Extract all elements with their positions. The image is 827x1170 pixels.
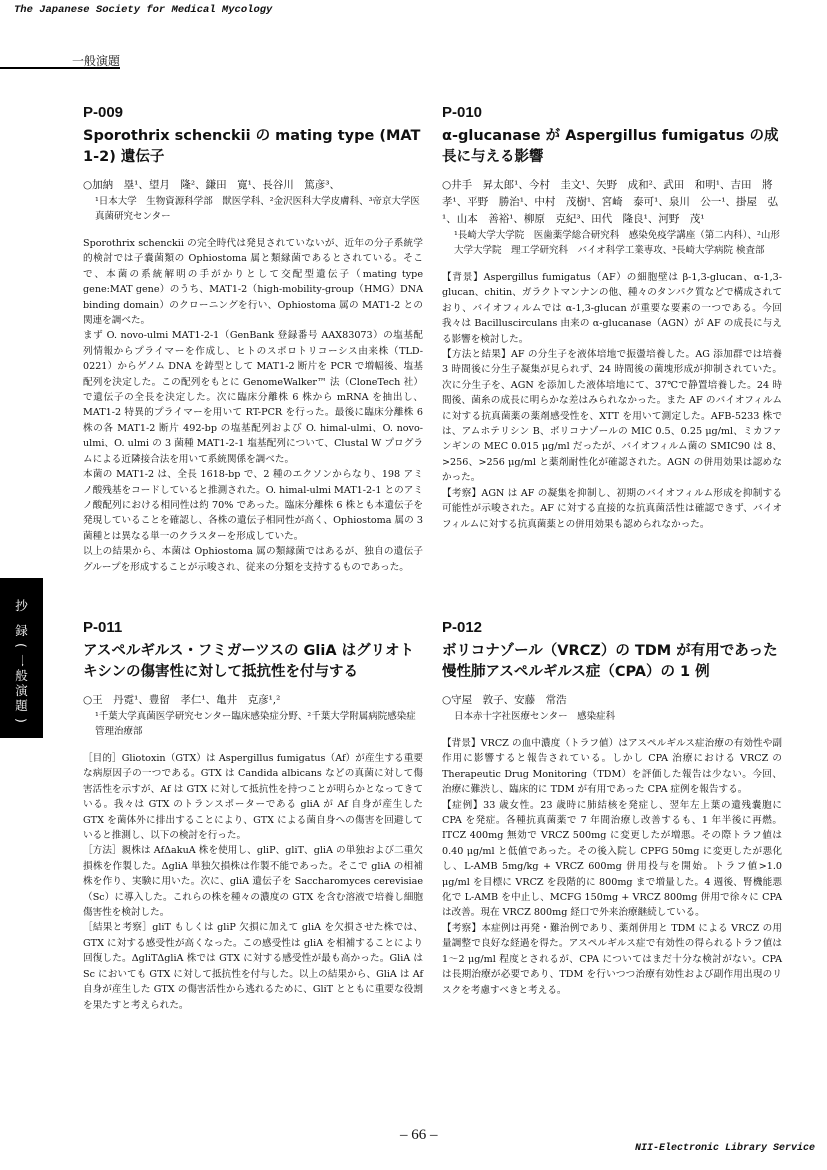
abstract-title: アスペルギルス・フミガーツスの GliA はグリオトキシンの傷害性に対して抵抗性…: [83, 641, 423, 683]
abstract-p012: P-012 ボリコナゾール（VRCZ）の TDM が有用であった慢性肺アスペルギ…: [442, 619, 782, 998]
paragraph: 【考察】本症例は再発・難治例であり、薬剤併用と TDM による VRCZ の用量…: [442, 921, 782, 998]
side-tab-char: 演: [15, 683, 28, 698]
abstract-body: 【背景】VRCZ の血中濃度（トラフ値）はアスペルギルス症治療の有効性や副作用に…: [442, 736, 782, 998]
paragraph: ［方法］親株は AfΔakuA 株を使用し、gliP、gliT、gliA の単独…: [83, 843, 423, 920]
abstract-p009: P-009 Sporothrix schenckii の mating type…: [83, 104, 423, 575]
paragraph: ［目的］Gliotoxin（GTX）は Aspergillus fumigatu…: [83, 751, 423, 843]
abstract-p011: P-011 アスペルギルス・フミガーツスの GliA はグリオトキシンの傷害性に…: [83, 619, 423, 1013]
abstract-title: Sporothrix schenckii の mating type (MAT …: [83, 126, 423, 168]
paragraph: 【背景】Aspergillus fumigatus（AF）の細胞壁は β-1,3…: [442, 270, 782, 347]
abstract-authors: ○加納 塁¹、望月 隆²、鎌田 寛¹、長谷川 篤彦³、: [83, 177, 423, 194]
abstract-authors: ○守屋 敦子、安藤 常浩: [442, 692, 782, 709]
abstract-id: P-011: [83, 619, 423, 636]
paragraph: 【背景】VRCZ の血中濃度（トラフ値）はアスペルギルス症治療の有効性や副作用に…: [442, 736, 782, 798]
side-tab-char: 般: [15, 668, 28, 683]
abstract-p010: P-010 α-glucanase が Aspergillus fumigatu…: [442, 104, 782, 532]
abstract-title: α-glucanase が Aspergillus fumigatus の成長に…: [442, 126, 782, 168]
paragraph: 【考察】AGN は AF の凝集を抑制し、初期のバイオフィルム形成を抑制する可能…: [442, 486, 782, 532]
journal-header: The Japanese Society for Medical Mycolog…: [14, 4, 272, 16]
side-tab-char: 題: [15, 698, 28, 713]
abstract-affiliations: ¹長崎大学大学院 医歯薬学総合研究科 感染免疫学講座（第二内科）、²山形大学大学…: [442, 228, 782, 258]
abstract-affiliations: 日本赤十字社医療センター 感染症科: [442, 709, 782, 724]
footer-service: NII-Electronic Library Service: [635, 1143, 815, 1154]
side-tab-char: 一: [14, 654, 29, 667]
paragraph: 【症例】33 歳女性。23 歳時に肺結核を発症し、翌年左上葉の遺残嚢胞に CPA…: [442, 798, 782, 921]
side-tab-char: 録: [15, 623, 28, 638]
abstract-affiliations: ¹日本大学 生物資源科学部 獣医学科、²金沢医科大学皮膚科、³帝京大学医真菌研究…: [83, 194, 423, 224]
abstract-authors: ○王 丹霓¹、豊留 孝仁¹、亀井 克彦¹,²: [83, 692, 423, 709]
abstract-body: ［目的］Gliotoxin（GTX）は Aspergillus fumigatu…: [83, 751, 423, 1013]
paragraph: まず O. novo-ulmi MAT1-2-1（GenBank 登録番号 AA…: [83, 328, 423, 467]
paragraph: Sporothrix schenckii の完全時代は発見されていないが、近年の…: [83, 236, 423, 328]
side-tab-char: (: [14, 643, 29, 648]
abstract-affiliations: ¹千葉大学真菌医学研究センター臨床感染症分野、²千葉大学附属病院感染症管理治療部: [83, 709, 423, 739]
side-tab: 抄 録 ( 一 般 演 題 ): [0, 578, 43, 738]
abstract-title: ボリコナゾール（VRCZ）の TDM が有用であった慢性肺アスペルギルス症（CP…: [442, 641, 782, 683]
abstract-body: 【背景】Aspergillus fumigatus（AF）の細胞壁は β-1,3…: [442, 270, 782, 532]
abstract-id: P-010: [442, 104, 782, 121]
abstract-id: P-012: [442, 619, 782, 636]
side-tab-char: ): [14, 718, 29, 723]
paragraph: 本菌の MAT1-2 は、全長 1618-bp で、2 種のエクソンからなり、1…: [83, 467, 423, 544]
paragraph: ［結果と考察］gliT もしくは gliP 欠損に加えて gliA を欠損させた…: [83, 920, 423, 1012]
abstract-body: Sporothrix schenckii の完全時代は発見されていないが、近年の…: [83, 236, 423, 575]
abstract-authors: ○井手 昇太郎¹、今村 圭文¹、矢野 成和²、武田 和明¹、吉田 將孝¹、平野 …: [442, 177, 782, 228]
abstract-id: P-009: [83, 104, 423, 121]
page-number: – 66 –: [400, 1127, 438, 1144]
paragraph: 以上の結果から、本菌は Ophiostoma 属の類縁菌ではあるが、独自の遺伝子…: [83, 544, 423, 575]
section-divider: [0, 67, 120, 69]
paragraph: 【方法と結果】AF の分生子を液体培地で振盪培養した。AG 添加群では培養 3 …: [442, 347, 782, 486]
side-tab-char: 抄: [15, 598, 28, 613]
